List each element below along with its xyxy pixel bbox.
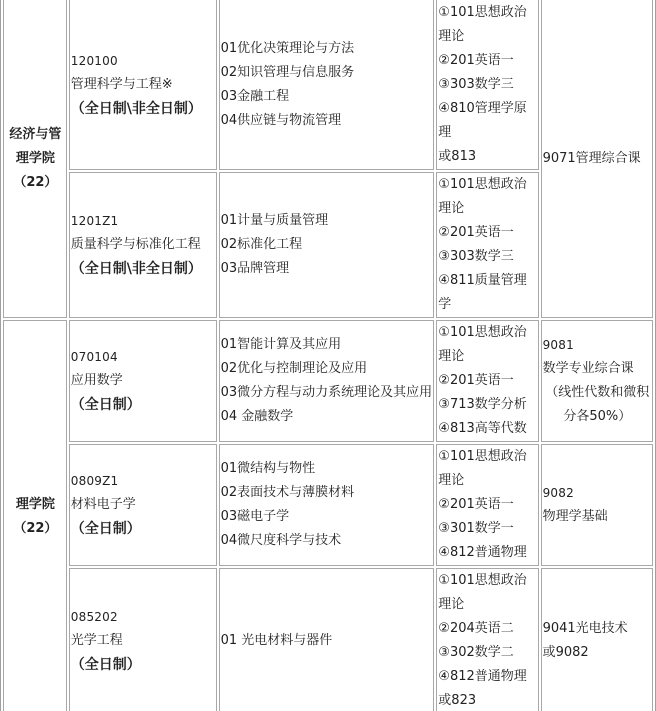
retest-subject: 9071管理综合课: [543, 147, 652, 171]
direction-item: 02知识管理与信息服务: [221, 61, 434, 85]
study-mode: （全日制）: [71, 393, 216, 417]
exam-item: 或813: [438, 145, 537, 169]
exams-cell: ①101思想政治理论 ②204英语二 ③302数学二 ④812普通物理 或823: [436, 568, 538, 711]
direction-item: 04微尺度科学与技术: [221, 529, 434, 553]
directions-cell: 01优化决策理论与方法 02知识管理与信息服务 03金融工程 04供应链与物流管…: [219, 0, 435, 170]
major-code: 070104: [71, 345, 216, 369]
major-name: 应用数学: [71, 369, 216, 393]
study-mode: （全日制）: [71, 517, 216, 541]
college-count: （22）: [5, 171, 66, 195]
direction-item: 03品牌管理: [221, 257, 434, 281]
direction-item: 03微分方程与动力系统理论及其应用: [221, 381, 434, 405]
exams-cell: ①101思想政治理论 ②201英语一 ③303数学三 ④811质量管理学: [436, 172, 538, 318]
exam-item: ③303数学三: [438, 245, 537, 269]
exam-item: ③302数学二: [438, 641, 537, 665]
directions-cell: 01智能计算及其应用 02优化与控制理论及应用 03微分方程与动力系统理论及其应…: [219, 320, 435, 442]
directions-cell: 01计量与质量管理 02标准化工程 03品牌管理: [219, 172, 435, 318]
exam-item: ②201英语一: [438, 49, 537, 73]
exam-item: ②201英语一: [438, 369, 537, 393]
major-code: 0809Z1: [71, 469, 216, 493]
direction-item: 03金融工程: [221, 85, 434, 109]
study-mode: （全日制）: [71, 653, 216, 677]
exam-item: ③713数学分析: [438, 393, 537, 417]
table-row: 085202 光学工程 （全日制） 01 光电材料与器件 ①101思想政治理论 …: [3, 568, 653, 711]
table-row: 经济与管理学院 （22） 120100 管理科学与工程※ （全日制\非全日制） …: [3, 0, 653, 170]
exam-item: ②201英语一: [438, 221, 537, 245]
direction-item: 02表面技术与薄膜材料: [221, 481, 434, 505]
direction-item: 01微结构与物性: [221, 457, 434, 481]
college-name: 理学院: [5, 493, 66, 517]
directions-cell: 01 光电材料与器件: [219, 568, 435, 711]
retest-subject-line: 9041光电技术: [543, 617, 652, 641]
retest-subject-cell: 9041光电技术 或9082: [541, 568, 653, 711]
retest-subject-name: 数学专业综合课: [543, 357, 652, 381]
college-cell: 经济与管理学院 （22）: [3, 0, 67, 318]
major-cell: 120100 管理科学与工程※ （全日制\非全日制）: [69, 0, 217, 170]
exam-item: 或823: [438, 689, 537, 711]
admissions-table: 经济与管理学院 （22） 120100 管理科学与工程※ （全日制\非全日制） …: [0, 0, 656, 711]
major-cell: 1201Z1 质量科学与标准化工程 （全日制\非全日制）: [69, 172, 217, 318]
college-name: 经济与管理学院: [5, 123, 66, 171]
exam-item: ③301数学一: [438, 517, 537, 541]
college-cell: 理学院 （22）: [3, 320, 67, 711]
major-name: 材料电子学: [71, 493, 216, 517]
exam-item: ④812普通物理: [438, 541, 537, 565]
table-row: 理学院 （22） 070104 应用数学 （全日制） 01智能计算及其应用 02…: [3, 320, 653, 442]
exam-item: ③303数学三: [438, 73, 537, 97]
retest-subject-cell: 9081 数学专业综合课 （线性代数和微积分各50%）: [541, 320, 653, 442]
direction-item: 04 金融数学: [221, 405, 434, 429]
major-name: 质量科学与标准化工程: [71, 233, 216, 257]
major-cell: 0809Z1 材料电子学 （全日制）: [69, 444, 217, 566]
retest-subject-line: 或9082: [543, 641, 652, 665]
directions-cell: 01微结构与物性 02表面技术与薄膜材料 03磁电子学 04微尺度科学与技术: [219, 444, 435, 566]
retest-subject-cell: 9071管理综合课: [541, 0, 653, 318]
retest-subject-code: 9081: [543, 333, 652, 357]
retest-subject-code: 9082: [543, 481, 652, 505]
major-cell: 070104 应用数学 （全日制）: [69, 320, 217, 442]
retest-subject-name: 物理学基础: [543, 505, 652, 529]
exams-cell: ①101思想政治理论 ②201英语一 ③301数学一 ④812普通物理: [436, 444, 538, 566]
direction-item: 02标准化工程: [221, 233, 434, 257]
direction-item: 04供应链与物流管理: [221, 109, 434, 133]
exams-cell: ①101思想政治理论 ②201英语一 ③303数学三 ④810管理学原理 或81…: [436, 0, 538, 170]
exam-item: ①101思想政治理论: [438, 445, 537, 493]
exam-item: ④812普通物理: [438, 665, 537, 689]
exam-item: ④811质量管理学: [438, 269, 537, 317]
exam-item: ②201英语一: [438, 493, 537, 517]
exam-item: ④813高等代数: [438, 417, 537, 441]
major-code: 1201Z1: [71, 209, 216, 233]
major-code: 120100: [71, 49, 216, 73]
direction-item: 02优化与控制理论及应用: [221, 357, 434, 381]
direction-item: 01智能计算及其应用: [221, 333, 434, 357]
exam-item: ①101思想政治理论: [438, 173, 537, 221]
exam-item: ①101思想政治理论: [438, 1, 537, 49]
retest-subject-note: （线性代数和微积分各50%）: [543, 381, 652, 429]
college-count: （22）: [5, 517, 66, 541]
table-row: 0809Z1 材料电子学 （全日制） 01微结构与物性 02表面技术与薄膜材料 …: [3, 444, 653, 566]
exam-item: ①101思想政治理论: [438, 321, 537, 369]
study-mode: （全日制\非全日制）: [71, 257, 216, 281]
exam-item: ④810管理学原理: [438, 97, 537, 145]
direction-item: 03磁电子学: [221, 505, 434, 529]
major-name: 光学工程: [71, 629, 216, 653]
major-cell: 085202 光学工程 （全日制）: [69, 568, 217, 711]
exams-cell: ①101思想政治理论 ②201英语一 ③713数学分析 ④813高等代数: [436, 320, 538, 442]
direction-item: 01优化决策理论与方法: [221, 37, 434, 61]
major-name: 管理科学与工程※: [71, 73, 216, 97]
direction-item: 01计量与质量管理: [221, 209, 434, 233]
direction-item: 01 光电材料与器件: [221, 629, 434, 653]
exam-item: ①101思想政治理论: [438, 569, 537, 617]
exam-item: ②204英语二: [438, 617, 537, 641]
major-code: 085202: [71, 605, 216, 629]
retest-subject-cell: 9082 物理学基础: [541, 444, 653, 566]
study-mode: （全日制\非全日制）: [71, 97, 216, 121]
